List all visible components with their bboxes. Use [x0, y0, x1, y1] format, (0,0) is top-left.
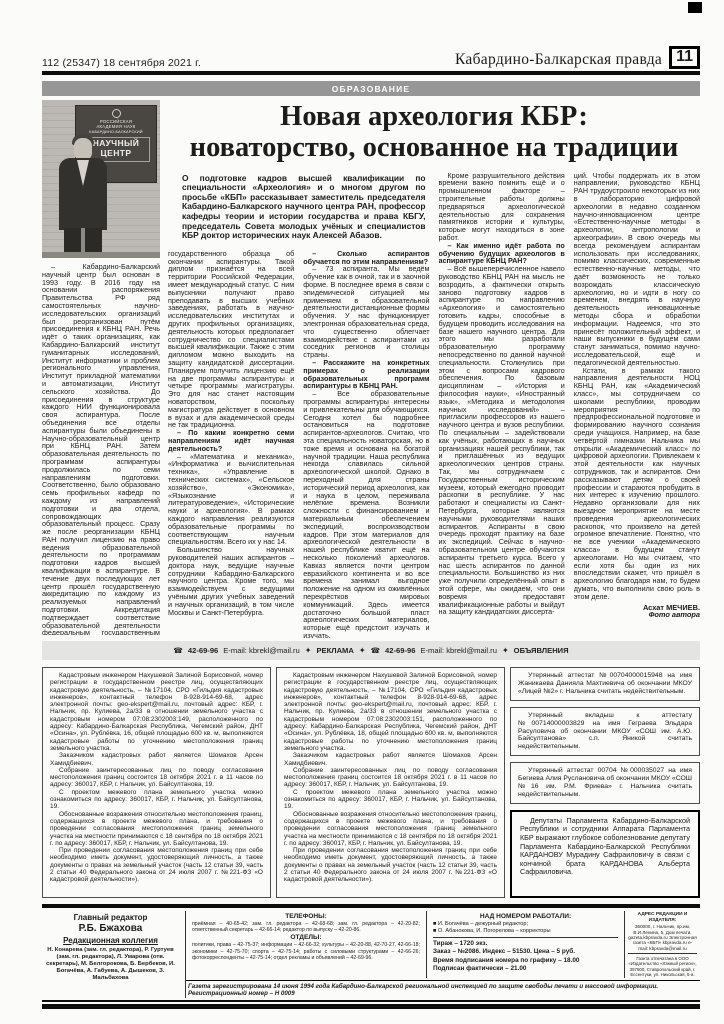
print-run-line: Заказ – №2086. Индекс – 51530. Цена – 5 … [433, 948, 618, 956]
notice-paragraph: Заказчиком кадастровых работ является Шо… [50, 752, 263, 767]
headline-line-1: Новая археология КБР: [168, 101, 700, 132]
editor-name: Р.Б. Бжахова [42, 923, 179, 934]
lost-document-notice-1: Утерянный аттестат №00704000015948 на им… [510, 667, 700, 701]
phones-block: ТЕЛЕФОНЫ: приёмная – 40-65-42; зам. гл. … [186, 911, 426, 978]
lost-document-notice-2: Утерянный вкладыш к аттестату №007140000… [510, 707, 700, 757]
footer-columns: ТЕЛЕФОНЫ: приёмная – 40-65-42; зам. гл. … [186, 911, 700, 978]
advertising-contact-bar: ☎42-69-96 E-mail: kbrekl@mail.ru ✦ РЕКЛА… [42, 641, 700, 660]
editorial-board-label: Редакционная коллегия [42, 936, 179, 945]
article-paragraph: – Всё вышеперечисленное навело руководст… [439, 265, 565, 616]
notices-section: Кадастровым инженером Нахушевой Залиной … [42, 667, 700, 898]
section-banner-label: ОБРАЗОВАНИЕ [332, 84, 411, 94]
notice-paragraph: Обоснованные возражения относительно мес… [284, 811, 497, 847]
article-paragraph: – Кабардино-Балкарский научный центр был… [42, 263, 160, 635]
phone-icon: ☎ [371, 646, 380, 655]
notice-paragraph: Заказчиком кадастровых работ является Шо… [284, 752, 497, 767]
address-text: 360000, г. Нальчик, пр.им. В.И.Ленина, 5… [628, 924, 697, 951]
small-notices-stack: Утерянный аттестат №00704000015948 на им… [510, 667, 700, 898]
notice-paragraph: Утерянный вкладыш к аттестату №007140000… [518, 712, 692, 752]
address-block: АДРЕС РЕДАКЦИИ И ИЗДАТЕЛЯ: 360000, г. На… [624, 911, 700, 978]
editorial-board-members: Н. Конарева (зам. гл. редактора), Р. Гур… [42, 947, 179, 982]
ad-email: E-mail: kbrekl@mail.ru [420, 646, 497, 655]
notice-paragraph: Кадастровым инженером Нахушевой Залиной … [284, 672, 497, 752]
article-column-5: ций. Чтобы поддержать их в этом направле… [574, 172, 700, 638]
diamond-separator-icon: ✦ [502, 646, 509, 655]
main-article: РОССИЙСКАЯ АКАДЕМИЯ НАУК КАБАРДИНО-БАЛКА… [42, 100, 700, 638]
ad-email: E-mail: kbrekl@mail.ru [223, 646, 300, 655]
footer-right: ТЕЛЕФОНЫ: приёмная – 40-65-42; зам. гл. … [186, 911, 700, 998]
print-run-line: Подписан фактически – 21.00 [433, 965, 618, 973]
printed-at-text: Газета отпечатана в ООО «Издательство «Ю… [628, 953, 697, 977]
departments-header: ОТДЕЛЫ: [192, 934, 420, 941]
article-byline: Асхат МЕЧИЕВ. Фото автора [574, 604, 700, 620]
question-line: – Расскажите на конкретных примерах о ре… [303, 359, 429, 390]
photo-credit: Фото автора [574, 611, 700, 619]
academy-emblem-icon [112, 109, 121, 118]
ad-label: ОБЪЯВЛЕНИЯ [514, 646, 569, 655]
phone-icon: ☎ [173, 646, 182, 655]
article-column-3: – Сколько аспирантов обучается по этим н… [303, 250, 429, 638]
person-head [74, 138, 92, 160]
issue-team-line: ■ О. Абанокова, И. Погорелова – корректо… [433, 928, 618, 935]
notice-paragraph: При проведении согласования местоположен… [284, 847, 497, 883]
article-paragraph: Кстати, в рамках такого направления деят… [574, 367, 700, 601]
headline-line-2: новаторство, основанное на традиции [168, 132, 700, 163]
article-photo: РОССИЙСКАЯ АКАДЕМИЯ НАУК КАБАРДИНО-БАЛКА… [42, 100, 160, 258]
bottom-thin-rule [42, 1000, 700, 1002]
cadastral-notice-2: Кадастровым инженером Нахушевой Залиной … [276, 667, 505, 898]
newspaper-masthead: Кабардино-Балкарская правда [455, 51, 662, 69]
imprint-footer: Главный редактор Р.Б. Бжахова Редакционн… [42, 904, 700, 998]
article-paragraph: Кроме разрушительного действия времени в… [439, 172, 565, 242]
phones-text: приёмная – 40-65-42; зам. гл. редактора … [192, 921, 420, 933]
article-paragraph: – 73 аспиранта. Мы ведём обучение как в … [303, 265, 429, 359]
notice-paragraph: При проведении согласования местоположен… [50, 847, 263, 883]
header-rule [42, 71, 700, 75]
issue-team-block: НАД НОМЕРОМ РАБОТАЛИ: ■ И. Богачёва – де… [426, 911, 624, 978]
article-headline: Новая археология КБР: новаторство, основ… [168, 101, 700, 164]
article-column-1: РОССИЙСКАЯ АКАДЕМИЯ НАУК КАБАРДИНО-БАЛКА… [42, 100, 160, 638]
notice-paragraph: Собрание заинтересованных лиц по поводу … [50, 767, 263, 789]
phones-header: ТЕЛЕФОНЫ: [192, 913, 420, 920]
photo-ground [42, 252, 160, 258]
address-header: АДРЕС РЕДАКЦИИ И ИЗДАТЕЛЯ: [628, 912, 697, 923]
editor-label: Главный редактор [42, 913, 179, 922]
condolence-notice: Депутаты Парламента Кабардино-Балкарской… [510, 810, 700, 898]
ad-phone: 42-69-96 [385, 646, 415, 655]
page-number: 11 [669, 46, 700, 69]
ad-label: РЕКЛАМА [316, 646, 353, 655]
diamond-separator-icon: ✦ [305, 646, 312, 655]
article-paragraph: государственного образца об окончании ас… [168, 250, 294, 429]
print-run-line: Время подписания номера по графику – 18.… [433, 957, 618, 965]
notice-paragraph: Депутаты Парламента Кабардино-Балкарской… [520, 817, 690, 877]
lost-document-notice-3: Утерянный аттестат 00704 №000035027 на и… [510, 762, 700, 804]
issue-team-line: ■ И. Богачёва – дежурный редактор; [433, 921, 618, 928]
registration-line: Газета зарегистрирована 14 июня 1994 год… [186, 980, 700, 998]
question-line: – По каким конкретно семи направлениям и… [168, 429, 294, 452]
bottom-thick-rule [42, 1004, 700, 1009]
article-body: О подготовке кадров высшей квалификации … [168, 172, 700, 638]
notice-paragraph: Утерянный аттестат №00704000015948 на им… [518, 672, 692, 696]
notice-paragraph: Утерянный аттестат 00704 №000035027 на и… [518, 767, 692, 799]
notice-paragraph: Собрание заинтересованных лиц по поводу … [284, 767, 497, 789]
page-header: 112 (25347) 18 сентября 2021 г. Кабардин… [42, 46, 700, 69]
article-column-2: государственного образца об окончании ас… [168, 250, 294, 638]
diamond-separator-icon: ✦ [359, 646, 366, 655]
ad-phone: 42-69-96 [188, 646, 218, 655]
issue-date: 112 (25347) 18 сентября 2021 г. [42, 57, 201, 69]
article-lead: О подготовке кадров высшей квалификации … [168, 172, 430, 250]
question-line: – Как именно идёт работа по обучению буд… [439, 242, 565, 265]
question-line: – Сколько аспирантов обучается по этим н… [303, 250, 429, 266]
cadastral-notice-1: Кадастровым инженером Нахушевой Залиной … [42, 667, 271, 898]
article-column-1-text: – Кабардино-Балкарский научный центр был… [42, 263, 160, 635]
newspaper-page: 112 (25347) 18 сентября 2021 г. Кабардин… [0, 0, 724, 1024]
notice-paragraph: Обоснованные возражения относительно мес… [50, 811, 263, 847]
issue-team-header: НАД НОМЕРОМ РАБОТАЛИ: [433, 913, 618, 920]
section-banner: ОБРАЗОВАНИЕ [42, 81, 700, 96]
article-right-area: Новая археология КБР: новаторство, основ… [168, 100, 700, 638]
article-paragraph: – Все образовательные программы аспирант… [303, 390, 429, 638]
notice-paragraph: С проектом межевого плана земельного уча… [50, 789, 263, 811]
page-content: 112 (25347) 18 сентября 2021 г. Кабардин… [42, 0, 700, 1009]
notice-paragraph: Кадастровым инженером Нахушевой Залиной … [50, 672, 263, 752]
print-run-block: Тираж – 1720 экз. Заказ – №2086. Индекс … [433, 937, 618, 974]
editor-block: Главный редактор Р.Б. Бжахова Редакционн… [42, 911, 186, 998]
notice-paragraph: С проектом межевого плана земельного уча… [284, 789, 497, 811]
article-paragraph: – «Математика и механика», «Информатика … [168, 453, 294, 547]
article-paragraph: Большинство научных руководителей наших … [168, 546, 294, 616]
article-column-4: Кроме разрушительного действия времени в… [439, 172, 565, 638]
article-paragraph: ций. Чтобы поддержать их в этом направле… [574, 172, 700, 367]
departments-text: политики, права – 42-75-37; информации –… [192, 942, 420, 961]
